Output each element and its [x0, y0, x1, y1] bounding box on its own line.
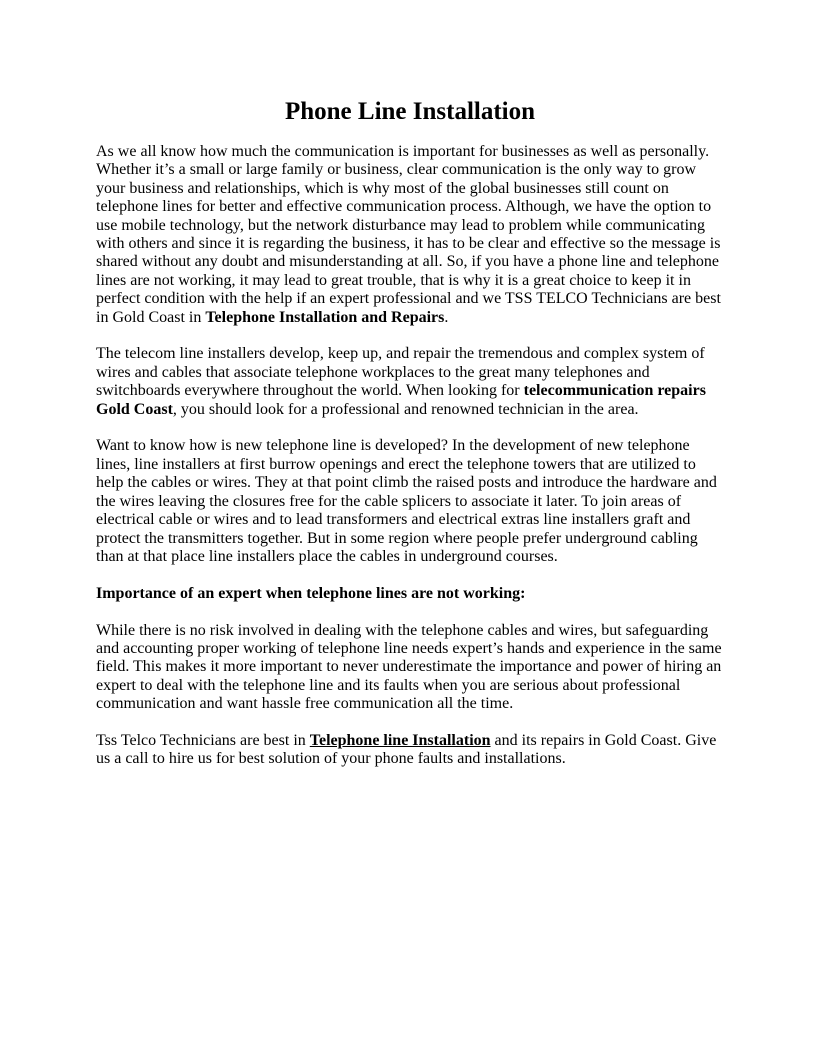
- document-page: Phone Line Installation As we all know h…: [96, 96, 724, 787]
- section-heading-importance: Importance of an expert when telephone l…: [96, 585, 724, 603]
- telephone-line-installation-link[interactable]: Telephone line Installation: [310, 732, 491, 749]
- paragraph-development-text: Want to know how is new telephone line i…: [96, 437, 717, 564]
- paragraph-expert-importance: While there is no risk involved in deali…: [96, 622, 724, 714]
- paragraph-intro-end: .: [444, 309, 448, 326]
- paragraph-closing: Tss Telco Technicians are best in Teleph…: [96, 732, 724, 769]
- paragraph-intro-text: As we all know how much the communicatio…: [96, 143, 721, 326]
- paragraph-intro: As we all know how much the communicatio…: [96, 143, 724, 327]
- paragraph-expert-text: While there is no risk involved in deali…: [96, 622, 722, 713]
- paragraph-telecom-end: , you should look for a professional and…: [173, 401, 639, 418]
- page-title: Phone Line Installation: [96, 96, 724, 128]
- paragraph-new-line-development: Want to know how is new telephone line i…: [96, 437, 724, 566]
- paragraph-closing-text: Tss Telco Technicians are best in: [96, 732, 310, 749]
- bold-telephone-installation-repairs: Telephone Installation and Repairs: [205, 309, 444, 326]
- paragraph-telecom-installers: The telecom line installers develop, kee…: [96, 345, 724, 419]
